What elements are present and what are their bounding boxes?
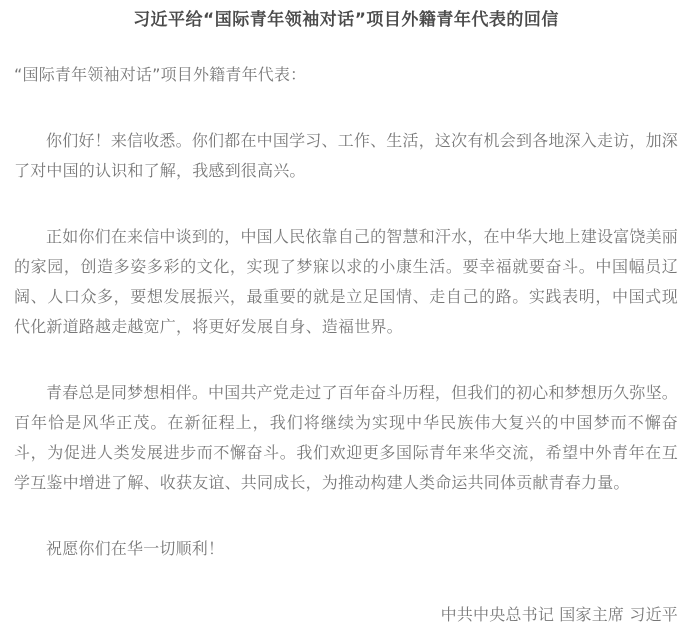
salutation: “国际青年领袖对话”项目外籍青年代表： bbox=[14, 60, 678, 90]
signature: 中共中央总书记 国家主席 习近平 bbox=[14, 600, 678, 630]
letter-body: “国际青年领袖对话”项目外籍青年代表： 你们好！来信收悉。你们都在中国学习、工作… bbox=[14, 60, 678, 630]
closing-wish: 祝愿你们在华一切顺利！ bbox=[14, 534, 678, 564]
paragraph-youth-dream: 青春总是同梦想相伴。中国共产党走过了百年奋斗历程，但我们的初心和梦想历久弥坚。百… bbox=[14, 378, 678, 498]
article-title: 习近平给“国际青年领袖对话”项目外籍青年代表的回信 bbox=[14, 8, 678, 32]
paragraph-china-development: 正如你们在来信中谈到的，中国人民依靠自己的智慧和汗水，在中华大地上建设富饶美丽的… bbox=[14, 222, 678, 342]
letter-article: 习近平给“国际青年领袖对话”项目外籍青年代表的回信 “国际青年领袖对话”项目外籍… bbox=[0, 0, 692, 630]
paragraph-greeting: 你们好！来信收悉。你们都在中国学习、工作、生活，这次有机会到各地深入走访，加深了… bbox=[14, 126, 678, 186]
